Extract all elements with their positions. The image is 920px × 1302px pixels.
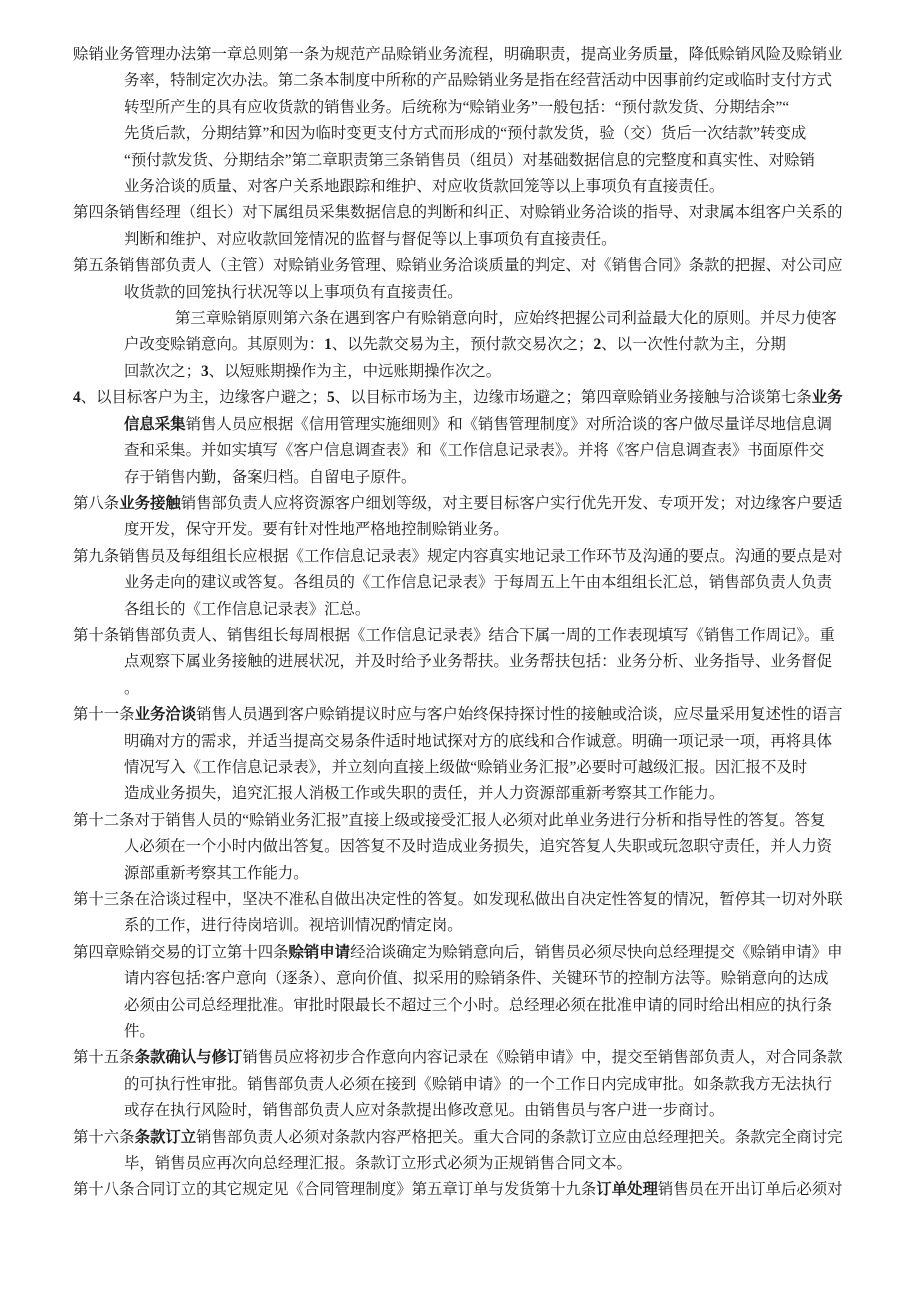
text-line: 必须由公司总经理批准。审批时限最长不超过三个小时。总经理必须在批准申请的同时给出… bbox=[73, 993, 863, 1019]
text-line: 查和采集。并如实填写《客户信息调查表》和《工作信息记录表》。并将《客户信息调查表… bbox=[73, 438, 863, 464]
text-line: 4、以目标客户为主，边缘客户避之；5、以目标市场为主，边缘市场避之；第四章赊销业… bbox=[73, 385, 863, 411]
text-segment: 、以目标客户为主，边缘客户避之； bbox=[81, 389, 327, 406]
text-segment: 第十三条在洽谈过程中，坚决不准私自做出决定性的答复。如发现私做出自决定性答复的情… bbox=[73, 891, 843, 908]
text-segment: 第十条销售部负责人、销售组长每周根据《工作信息记录表》结合下属一周的工作表现填写… bbox=[73, 627, 835, 644]
text-line: 信息采集销售人员应根据《信用管理实施细则》和《销售管理制度》对所洽谈的客户做尽量… bbox=[73, 412, 863, 438]
text-line: 转型所产生的具有应收货款的销售业务。后统称为“赊销业务”一般包括：“预付款发货、… bbox=[73, 95, 863, 121]
text-segment: 第四条销售经理（组长）对下属组员采集数据信息的判断和纠正、对赊销业务洽谈的指导、… bbox=[73, 204, 843, 221]
document-page: 赊销业务管理办法第一章总则第一条为规范产品赊销业务流程，明确职责，提高业务质量，… bbox=[73, 42, 863, 1204]
text-segment: 各组长的《工作信息记录表》汇总。 bbox=[124, 601, 370, 618]
text-line: 各组长的《工作信息记录表》汇总。 bbox=[73, 597, 863, 623]
text-segment: 件。 bbox=[124, 1023, 155, 1040]
text-line: 回款次之；3、以短账期操作为主，中远账期操作次之。 bbox=[73, 359, 863, 385]
text-segment: 业务走向的建议或答复。各组员的《工作信息记录表》于每周五上午由本组组长汇总，销售… bbox=[124, 574, 832, 591]
text-segment: 。 bbox=[124, 680, 139, 697]
text-line: 人必须在一个小时内做出答复。因答复不及时造成业务损失，追究答复人失职或玩忽职守责… bbox=[73, 834, 863, 860]
text-segment: 先货后款，分期结算”和因为临时变更支付方式而形成的“预付款发货，验（交）货后一次… bbox=[124, 125, 806, 142]
text-segment: 、以短账期操作为主，中远账期操作次之。 bbox=[209, 363, 501, 380]
text-segment: 销售人员遇到客户赊销提议时应与客户始终保持探讨性的接触或洽谈，应尽量采用复述性的… bbox=[196, 706, 842, 723]
text-line: 件。 bbox=[73, 1019, 863, 1045]
text-segment: 收货款的回笼执行状况等以上事项负有直接责任。 bbox=[124, 284, 463, 301]
text-line: 业务洽谈的质量、对客户关系地跟踪和维护、对应收货款回笼等以上事项负有直接责任。 bbox=[73, 174, 863, 200]
text-line: 业务走向的建议或答复。各组员的《工作信息记录表》于每周五上午由本组组长汇总，销售… bbox=[73, 570, 863, 596]
text-line: 赊销业务管理办法第一章总则第一条为规范产品赊销业务流程，明确职责，提高业务质量，… bbox=[73, 42, 863, 68]
text-line: 第三章赊销原则第六条在遇到客户有赊销意向时，应始终把握公司利益最大化的原则。并尽… bbox=[73, 306, 863, 332]
bold-heading-segment: 2 bbox=[593, 336, 601, 353]
text-line: 第八条业务接触销售部负责人应将资源客户细划等级，对主要目标客户实行优先开发、专项… bbox=[73, 491, 863, 517]
text-line: “预付款发货、分期结余”第二章职责第三条销售员（组员）对基础数据信息的完整度和真… bbox=[73, 148, 863, 174]
text-segment: 回款次之； bbox=[124, 363, 201, 380]
text-segment: 、以先款交易为主，预付款交易次之； bbox=[332, 336, 594, 353]
text-segment: 请内容包括:客户意向（逐条）、意向价值、拟采用的赊销条件、关键环节的控制方法等。… bbox=[124, 970, 829, 987]
bold-heading-segment: 业务洽谈 bbox=[135, 706, 197, 723]
text-line: 第十一条业务洽谈销售人员遇到客户赊销提议时应与客户始终保持探讨性的接触或洽谈，应… bbox=[73, 702, 863, 728]
text-line: 源部重新考察其工作能力。 bbox=[73, 861, 863, 887]
text-segment: 点观察下属业务接触的进展状况，并及时给予业务帮扶。业务帮扶包括：业务分析、业务指… bbox=[124, 653, 832, 670]
text-line: 第十八条合同订立的其它规定见《合同管理制度》第五章订单与发货第十九条订单处理销售… bbox=[73, 1177, 863, 1203]
text-line: 第九条销售员及每组组长应根据《工作信息记录表》规定内容真实地记录工作环节及沟通的… bbox=[73, 544, 863, 570]
text-line: 系的工作，进行待岗培训。视培训情况酌情定岗。 bbox=[73, 913, 863, 939]
bold-heading-segment: 5 bbox=[327, 389, 335, 406]
text-segment: 第四章赊销交易的订立第十四条 bbox=[73, 944, 288, 961]
text-line: 第十二条对于销售人员的“赊销业务汇报”直接上级或接受汇报人必须对此单业务进行分析… bbox=[73, 808, 863, 834]
text-line: 请内容包括:客户意向（逐条）、意向价值、拟采用的赊销条件、关键环节的控制方法等。… bbox=[73, 966, 863, 992]
text-line: 收货款的回笼执行状况等以上事项负有直接责任。 bbox=[73, 280, 863, 306]
text-line: 。 bbox=[73, 676, 863, 702]
text-line: 判断和维护、对应收款回笼情况的监督与督促等以上事项负有直接责任。 bbox=[73, 227, 863, 253]
text-segment: 人必须在一个小时内做出答复。因答复不及时造成业务损失，追究答复人失职或玩忽职守责… bbox=[124, 838, 832, 855]
text-segment: 第十一条 bbox=[73, 706, 135, 723]
text-segment: 度开发，保守开发。要有针对性地严格地控制赊销业务。 bbox=[124, 521, 509, 538]
text-line: 点观察下属业务接触的进展状况，并及时给予业务帮扶。业务帮扶包括：业务分析、业务指… bbox=[73, 649, 863, 675]
text-line: 存于销售内勤，备案归档。自留电子原件。 bbox=[73, 465, 863, 491]
text-segment: 销售员在开出订单后必须对 bbox=[658, 1181, 843, 1198]
bold-heading-segment: 条款确认与修订 bbox=[135, 1049, 243, 1066]
bold-heading-segment: 1 bbox=[324, 336, 332, 353]
text-segment: 或存在执行风险时，销售部负责人应对条款提出修改意见。由销售员与客户进一步商讨。 bbox=[124, 1102, 724, 1119]
text-segment: 判断和维护、对应收款回笼情况的监督与督促等以上事项负有直接责任。 bbox=[124, 231, 617, 248]
text-line: 户改变赊销意向。其原则为：1、以先款交易为主，预付款交易次之；2、以一次性付款为… bbox=[73, 332, 863, 358]
text-segment: 户改变赊销意向。其原则为： bbox=[124, 336, 324, 353]
text-segment: 必须由公司总经理批准。审批时限最长不超过三个小时。总经理必须在批准申请的同时给出… bbox=[124, 997, 832, 1014]
text-line: 第十六条条款订立销售部负责人必须对条款内容严格把关。重大合同的条款订立应由总经理… bbox=[73, 1125, 863, 1151]
bold-heading-segment: 业务接触 bbox=[119, 495, 181, 512]
text-segment: 第十八条合同订立的其它规定见《合同管理制度》第五章订单与发货第十九条 bbox=[73, 1181, 596, 1198]
text-segment: 销售部负责人必须对条款内容严格把关。重大合同的条款订立应由总经理把关。条款完全商… bbox=[196, 1129, 842, 1146]
text-segment: 第九条销售员及每组组长应根据《工作信息记录表》规定内容真实地记录工作环节及沟通的… bbox=[73, 548, 843, 565]
text-segment: 情况写入《工作信息记录表》，并立刻向直接上级做“赊销业务汇报”必要时可越级汇报。… bbox=[124, 759, 807, 776]
bold-heading-segment: 订单处理 bbox=[596, 1181, 658, 1198]
text-segment: 的可执行性审批。销售部负责人必须在接到《赊销申请》的一个工作日内完成审批。如条款… bbox=[124, 1076, 832, 1093]
text-segment: 明确对方的需求，并适当提高交易条件适时地试探对方的底线和合作诚意。明确一项记录一… bbox=[124, 733, 832, 750]
text-segment: 第八条 bbox=[73, 495, 119, 512]
text-line: 第四章赊销交易的订立第十四条赊销申请经洽谈确定为赊销意向后，销售员必须尽快向总经… bbox=[73, 940, 863, 966]
text-line: 或存在执行风险时，销售部负责人应对条款提出修改意见。由销售员与客户进一步商讨。 bbox=[73, 1098, 863, 1124]
text-line: 明确对方的需求，并适当提高交易条件适时地试探对方的底线和合作诚意。明确一项记录一… bbox=[73, 729, 863, 755]
text-line: 第十五条条款确认与修订销售员应将初步合作意向内容记录在《赊销申请》中，提交至销售… bbox=[73, 1045, 863, 1071]
text-segment: 第五条销售部负责人（主管）对赊销业务管理、赊销业务洽谈质量的判定、对《销售合同》… bbox=[73, 257, 843, 274]
text-segment: 第三章赊销原则第六条在遇到客户有赊销意向时，应始终把握公司利益最大化的原则。并尽… bbox=[175, 310, 837, 327]
text-segment: 经洽谈确定为赊销意向后，销售员必须尽快向总经理提交《赊销申请》申 bbox=[350, 944, 843, 961]
text-line: 毕，销售员应再次向总经理汇报。条款订立形式必须为正规销售合同文本。 bbox=[73, 1151, 863, 1177]
text-segment: 源部重新考察其工作能力。 bbox=[124, 865, 309, 882]
bold-heading-segment: 赊销申请 bbox=[288, 944, 350, 961]
text-segment: 第十二条对于销售人员的“赊销业务汇报”直接上级或接受汇报人必须对此单业务进行分析… bbox=[73, 812, 825, 829]
text-segment: 造成业务损失，追究汇报人消极工作或失职的责任，并人力资源部重新考察其工作能力。 bbox=[124, 785, 724, 802]
text-line: 第五条销售部负责人（主管）对赊销业务管理、赊销业务洽谈质量的判定、对《销售合同》… bbox=[73, 253, 863, 279]
text-segment: 赊销业务管理办法第一章总则第一条为规范产品赊销业务流程，明确职责，提高业务质量，… bbox=[73, 46, 843, 63]
text-line: 先货后款，分期结算”和因为临时变更支付方式而形成的“预付款发货，验（交）货后一次… bbox=[73, 121, 863, 147]
text-line: 第十条销售部负责人、销售组长每周根据《工作信息记录表》结合下属一周的工作表现填写… bbox=[73, 623, 863, 649]
bold-heading-segment: 4 bbox=[73, 389, 81, 406]
text-line: 的可执行性审批。销售部负责人必须在接到《赊销申请》的一个工作日内完成审批。如条款… bbox=[73, 1072, 863, 1098]
text-segment: 第十六条 bbox=[73, 1129, 135, 1146]
text-segment: 销售部负责人应将资源客户细划等级，对主要目标客户实行优先开发、专项开发；对边缘客… bbox=[181, 495, 843, 512]
text-segment: 业务洽谈的质量、对客户关系地跟踪和维护、对应收货款回笼等以上事项负有直接责任。 bbox=[124, 178, 724, 195]
text-line: 情况写入《工作信息记录表》，并立刻向直接上级做“赊销业务汇报”必要时可越级汇报。… bbox=[73, 755, 863, 781]
text-line: 度开发，保守开发。要有针对性地严格地控制赊销业务。 bbox=[73, 517, 863, 543]
bold-heading-segment: 业务 bbox=[812, 389, 843, 406]
text-segment: 销售人员应根据《信用管理实施细则》和《销售管理制度》对所洽谈的客户做尽量详尽地信… bbox=[186, 416, 832, 433]
bold-heading-segment: 3 bbox=[201, 363, 209, 380]
text-segment: 、以目标市场为主，边缘市场避之；第四章赊销业务接触与洽谈第七条 bbox=[335, 389, 812, 406]
bold-heading-segment: 条款订立 bbox=[135, 1129, 197, 1146]
text-line: 造成业务损失，追究汇报人消极工作或失职的责任，并人力资源部重新考察其工作能力。 bbox=[73, 781, 863, 807]
text-segment: 第十五条 bbox=[73, 1049, 135, 1066]
text-segment: 系的工作，进行待岗培训。视培训情况酌情定岗。 bbox=[124, 917, 463, 934]
text-line: 务率，特制定次办法。第二条本制度中所称的产品赊销业务是指在经营活动中因事前约定或… bbox=[73, 68, 863, 94]
text-line: 第十三条在洽谈过程中，坚决不准私自做出决定性的答复。如发现私做出自决定性答复的情… bbox=[73, 887, 863, 913]
text-segment: 、以一次性付款为主，分期 bbox=[601, 336, 786, 353]
text-segment: 查和采集。并如实填写《客户信息调查表》和《工作信息记录表》。并将《客户信息调查表… bbox=[124, 442, 824, 459]
text-segment: 转型所产生的具有应收货款的销售业务。后统称为“赊销业务”一般包括：“预付款发货、… bbox=[124, 99, 789, 116]
text-segment: 存于销售内勤，备案归档。自留电子原件。 bbox=[124, 469, 416, 486]
text-segment: “预付款发货、分期结余”第二章职责第三条销售员（组员）对基础数据信息的完整度和真… bbox=[124, 152, 815, 169]
text-line: 第四条销售经理（组长）对下属组员采集数据信息的判断和纠正、对赊销业务洽谈的指导、… bbox=[73, 200, 863, 226]
text-segment: 销售员应将初步合作意向内容记录在《赊销申请》中，提交至销售部负责人，对合同条款 bbox=[242, 1049, 842, 1066]
text-segment: 毕，销售员应再次向总经理汇报。条款订立形式必须为正规销售合同文本。 bbox=[124, 1155, 632, 1172]
text-segment: 务率，特制定次办法。第二条本制度中所称的产品赊销业务是指在经营活动中因事前约定或… bbox=[124, 72, 832, 89]
bold-heading-segment: 信息采集 bbox=[124, 416, 186, 433]
